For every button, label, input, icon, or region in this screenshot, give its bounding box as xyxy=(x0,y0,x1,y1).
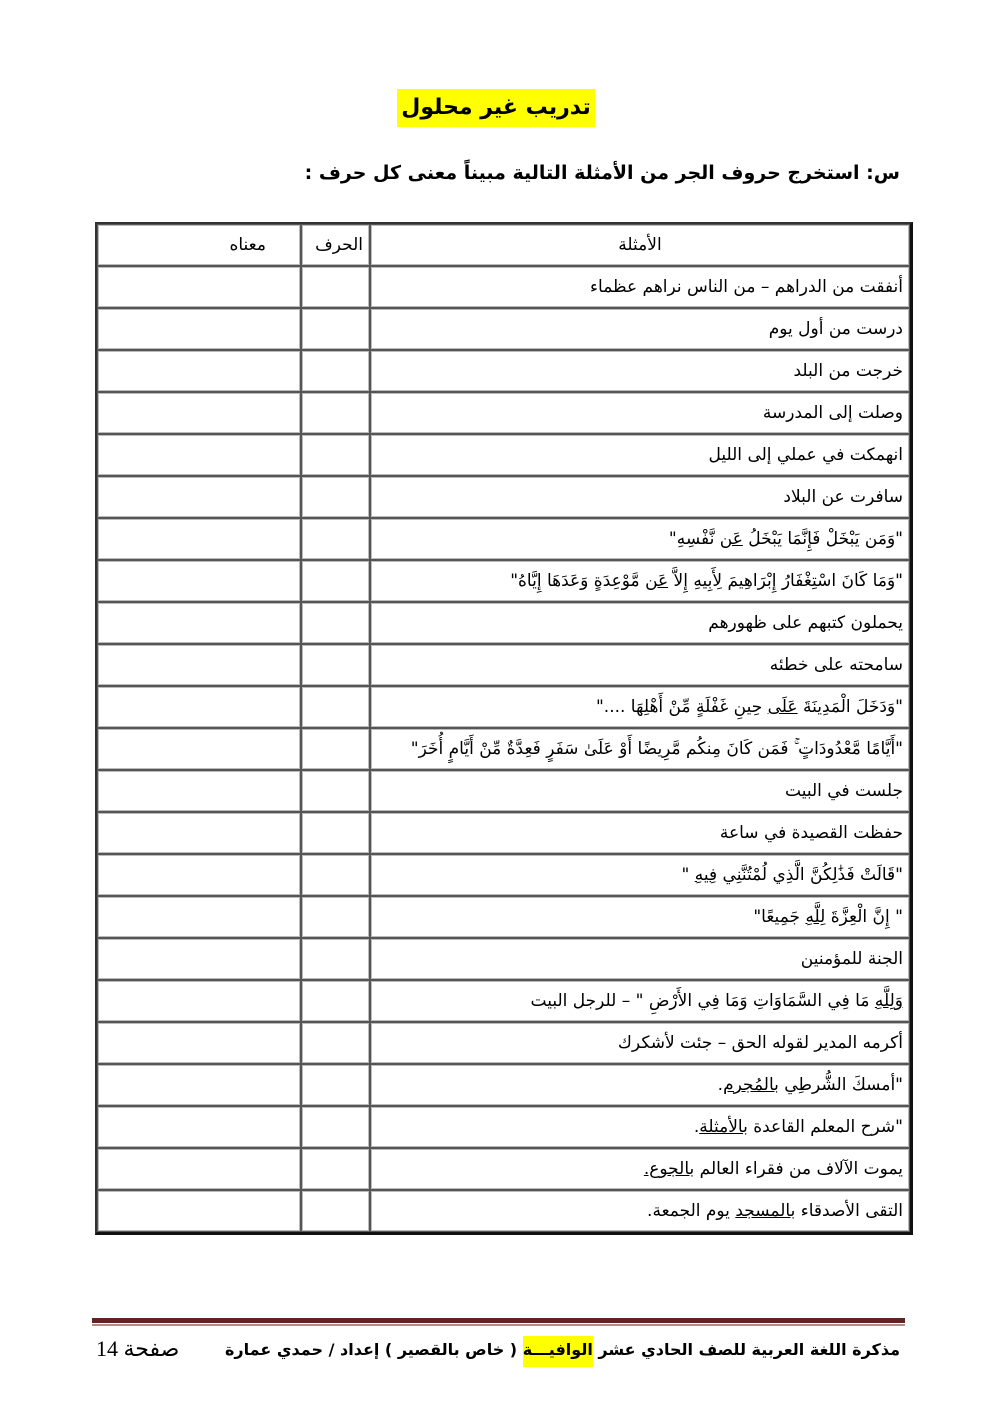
table-row: "أَيَّامًا مَّعْدُودَاتٍ ۚ فَمَن كَانَ م… xyxy=(97,728,910,770)
underlined-preposition: لِلَّهِ xyxy=(805,907,825,927)
letter-cell[interactable] xyxy=(301,518,370,560)
letter-cell[interactable] xyxy=(301,1106,370,1148)
table-row: حفظت القصيدة في ساعة xyxy=(97,812,910,854)
letter-cell[interactable] xyxy=(301,266,370,308)
letter-cell[interactable] xyxy=(301,476,370,518)
table-row: "وَدَخَلَ الْمَدِينَةَ عَلَى حِينِ غَفْل… xyxy=(97,686,910,728)
example-cell: يحملون كتبهم على ظهورهم xyxy=(370,602,910,644)
example-cell: حفظت القصيدة في ساعة xyxy=(370,812,910,854)
letter-cell[interactable] xyxy=(301,644,370,686)
letter-cell[interactable] xyxy=(301,434,370,476)
example-cell: انهمكت في عملي إلى الليل xyxy=(370,434,910,476)
example-cell: "وَدَخَلَ الْمَدِينَةَ عَلَى حِينِ غَفْل… xyxy=(370,686,910,728)
underlined-preposition: بالمُجرم xyxy=(723,1075,779,1095)
underlined-preposition: عَن xyxy=(720,529,743,549)
footer-highlight: الوافيـــة xyxy=(523,1336,593,1367)
letter-cell[interactable] xyxy=(301,560,370,602)
meaning-cell[interactable] xyxy=(97,602,301,644)
meaning-cell[interactable] xyxy=(97,266,301,308)
letter-cell[interactable] xyxy=(301,896,370,938)
example-cell: وصلت إلى المدرسة xyxy=(370,392,910,434)
example-cell: "شرح المعلم القاعدة بالأمثلة. xyxy=(370,1106,910,1148)
question-text: س: استخرج حروف الجر من الأمثلة التالية م… xyxy=(305,162,900,184)
example-cell: جلست في البيت xyxy=(370,770,910,812)
letter-cell[interactable] xyxy=(301,602,370,644)
meaning-cell[interactable] xyxy=(97,896,301,938)
page-number: صفحة 14 xyxy=(96,1336,179,1362)
letter-cell[interactable] xyxy=(301,770,370,812)
table-row: وصلت إلى المدرسة xyxy=(97,392,910,434)
table-row: الجنة للمؤمنين xyxy=(97,938,910,980)
table-row: أكرمه المدير لقوله الحق – جئت لأشكرك xyxy=(97,1022,910,1064)
meaning-cell[interactable] xyxy=(97,980,301,1022)
example-cell: الجنة للمؤمنين xyxy=(370,938,910,980)
example-cell: "وَمَن يَبْخَلْ فَإِنَّمَا يَبْخَلُ عَن … xyxy=(370,518,910,560)
example-cell: أكرمه المدير لقوله الحق – جئت لأشكرك xyxy=(370,1022,910,1064)
meaning-cell[interactable] xyxy=(97,1106,301,1148)
letter-cell[interactable] xyxy=(301,392,370,434)
example-cell: سامحته على خطئه xyxy=(370,644,910,686)
footer-text-before: مذكرة اللغة العربية للصف الحادي عشر xyxy=(593,1340,900,1359)
example-cell: التقى الأصدقاء بالمسجد يوم الجمعة. xyxy=(370,1190,910,1232)
table-row: أنفقت من الدراهم – من الناس نراهم عظماء xyxy=(97,266,910,308)
table-row: درست من أول يوم xyxy=(97,308,910,350)
table-row: "أمسكَ الشُّرطِي بالمُجرم. xyxy=(97,1064,910,1106)
meaning-cell[interactable] xyxy=(97,1148,301,1190)
meaning-cell[interactable] xyxy=(97,728,301,770)
meaning-cell[interactable] xyxy=(97,434,301,476)
meaning-cell[interactable] xyxy=(97,518,301,560)
title-container: تدريب غير محلول xyxy=(418,88,574,128)
table-row: "شرح المعلم القاعدة بالأمثلة. xyxy=(97,1106,910,1148)
table-row: وَلِلَّهِ مَا فِي السَّمَاوَاتِ وَمَا فِ… xyxy=(97,980,910,1022)
table-row: سافرت عن البلاد xyxy=(97,476,910,518)
example-cell: "أمسكَ الشُّرطِي بالمُجرم. xyxy=(370,1064,910,1106)
underlined-preposition: وَلِلَّهِ xyxy=(875,991,903,1011)
letter-cell[interactable] xyxy=(301,938,370,980)
exercise-table-container: الأمثلة الحرف معناه أنفقت من الدراهم – م… xyxy=(95,222,908,1235)
footer-rule-thin xyxy=(92,1324,905,1326)
table-row: خرجت من البلد xyxy=(97,350,910,392)
page-title: تدريب غير محلول xyxy=(397,89,595,127)
letter-cell[interactable] xyxy=(301,728,370,770)
underlined-preposition: عَلَى xyxy=(768,697,798,717)
letter-cell[interactable] xyxy=(301,1064,370,1106)
example-cell: وَلِلَّهِ مَا فِي السَّمَاوَاتِ وَمَا فِ… xyxy=(370,980,910,1022)
table-row: " إِنَّ الْعِزَّةَ لِلَّهِ جَمِيعًا" xyxy=(97,896,910,938)
example-cell: "وَمَا كَانَ اسْتِغْفَارُ إِبْرَاهِيمَ ل… xyxy=(370,560,910,602)
table-row: يموت الآلاف من فقراء العالم بالجوع. xyxy=(97,1148,910,1190)
meaning-cell[interactable] xyxy=(97,560,301,602)
meaning-cell[interactable] xyxy=(97,1190,301,1232)
table-row: "وَمَا كَانَ اسْتِغْفَارُ إِبْرَاهِيمَ ل… xyxy=(97,560,910,602)
meaning-cell[interactable] xyxy=(97,1064,301,1106)
letter-cell[interactable] xyxy=(301,350,370,392)
letter-cell[interactable] xyxy=(301,854,370,896)
underlined-preposition: بالأمثلة xyxy=(699,1117,748,1137)
meaning-cell[interactable] xyxy=(97,350,301,392)
table-body: أنفقت من الدراهم – من الناس نراهم عظماءد… xyxy=(97,266,910,1232)
table-row: "وَمَن يَبْخَلْ فَإِنَّمَا يَبْخَلُ عَن … xyxy=(97,518,910,560)
letter-cell[interactable] xyxy=(301,980,370,1022)
letter-cell[interactable] xyxy=(301,308,370,350)
letter-cell[interactable] xyxy=(301,812,370,854)
underlined-preposition: بالجوع. xyxy=(644,1159,694,1179)
letter-cell[interactable] xyxy=(301,1148,370,1190)
example-cell: "قَالَتْ فَذَٰلِكُنَّ الَّذِي لُمْتُنَّن… xyxy=(370,854,910,896)
letter-cell[interactable] xyxy=(301,686,370,728)
meaning-cell[interactable] xyxy=(97,770,301,812)
header-meaning: معناه xyxy=(97,224,301,266)
footer-text-after: ( خاص بالقصير ) إعداد / حمدي عمارة xyxy=(225,1340,523,1359)
example-cell: " إِنَّ الْعِزَّةَ لِلَّهِ جَمِيعًا" xyxy=(370,896,910,938)
table-row: التقى الأصدقاء بالمسجد يوم الجمعة. xyxy=(97,1190,910,1232)
exercise-table: الأمثلة الحرف معناه أنفقت من الدراهم – م… xyxy=(95,222,913,1235)
example-cell: سافرت عن البلاد xyxy=(370,476,910,518)
meaning-cell[interactable] xyxy=(97,476,301,518)
header-letter: الحرف xyxy=(301,224,370,266)
meaning-cell[interactable] xyxy=(97,686,301,728)
underlined-preposition: عَن xyxy=(645,571,668,591)
table-header-row: الأمثلة الحرف معناه xyxy=(97,224,910,266)
example-cell: خرجت من البلد xyxy=(370,350,910,392)
example-cell: يموت الآلاف من فقراء العالم بالجوع. xyxy=(370,1148,910,1190)
underlined-preposition: بالمسجد xyxy=(735,1201,795,1221)
header-examples: الأمثلة xyxy=(370,224,910,266)
example-cell: "أَيَّامًا مَّعْدُودَاتٍ ۚ فَمَن كَانَ م… xyxy=(370,728,910,770)
meaning-cell[interactable] xyxy=(97,938,301,980)
meaning-cell[interactable] xyxy=(97,392,301,434)
meaning-cell[interactable] xyxy=(97,812,301,854)
footer-rule xyxy=(92,1318,905,1323)
example-cell: أنفقت من الدراهم – من الناس نراهم عظماء xyxy=(370,266,910,308)
letter-cell[interactable] xyxy=(301,1190,370,1232)
meaning-cell[interactable] xyxy=(97,644,301,686)
footer-text: مذكرة اللغة العربية للصف الحادي عشر الوا… xyxy=(225,1340,900,1359)
meaning-cell[interactable] xyxy=(97,1022,301,1064)
table-row: يحملون كتبهم على ظهورهم xyxy=(97,602,910,644)
meaning-cell[interactable] xyxy=(97,308,301,350)
meaning-cell[interactable] xyxy=(97,854,301,896)
table-row: سامحته على خطئه xyxy=(97,644,910,686)
example-cell: درست من أول يوم xyxy=(370,308,910,350)
table-row: "قَالَتْ فَذَٰلِكُنَّ الَّذِي لُمْتُنَّن… xyxy=(97,854,910,896)
table-row: انهمكت في عملي إلى الليل xyxy=(97,434,910,476)
letter-cell[interactable] xyxy=(301,1022,370,1064)
table-row: جلست في البيت xyxy=(97,770,910,812)
underlined-preposition: فِيهِ xyxy=(695,865,717,885)
